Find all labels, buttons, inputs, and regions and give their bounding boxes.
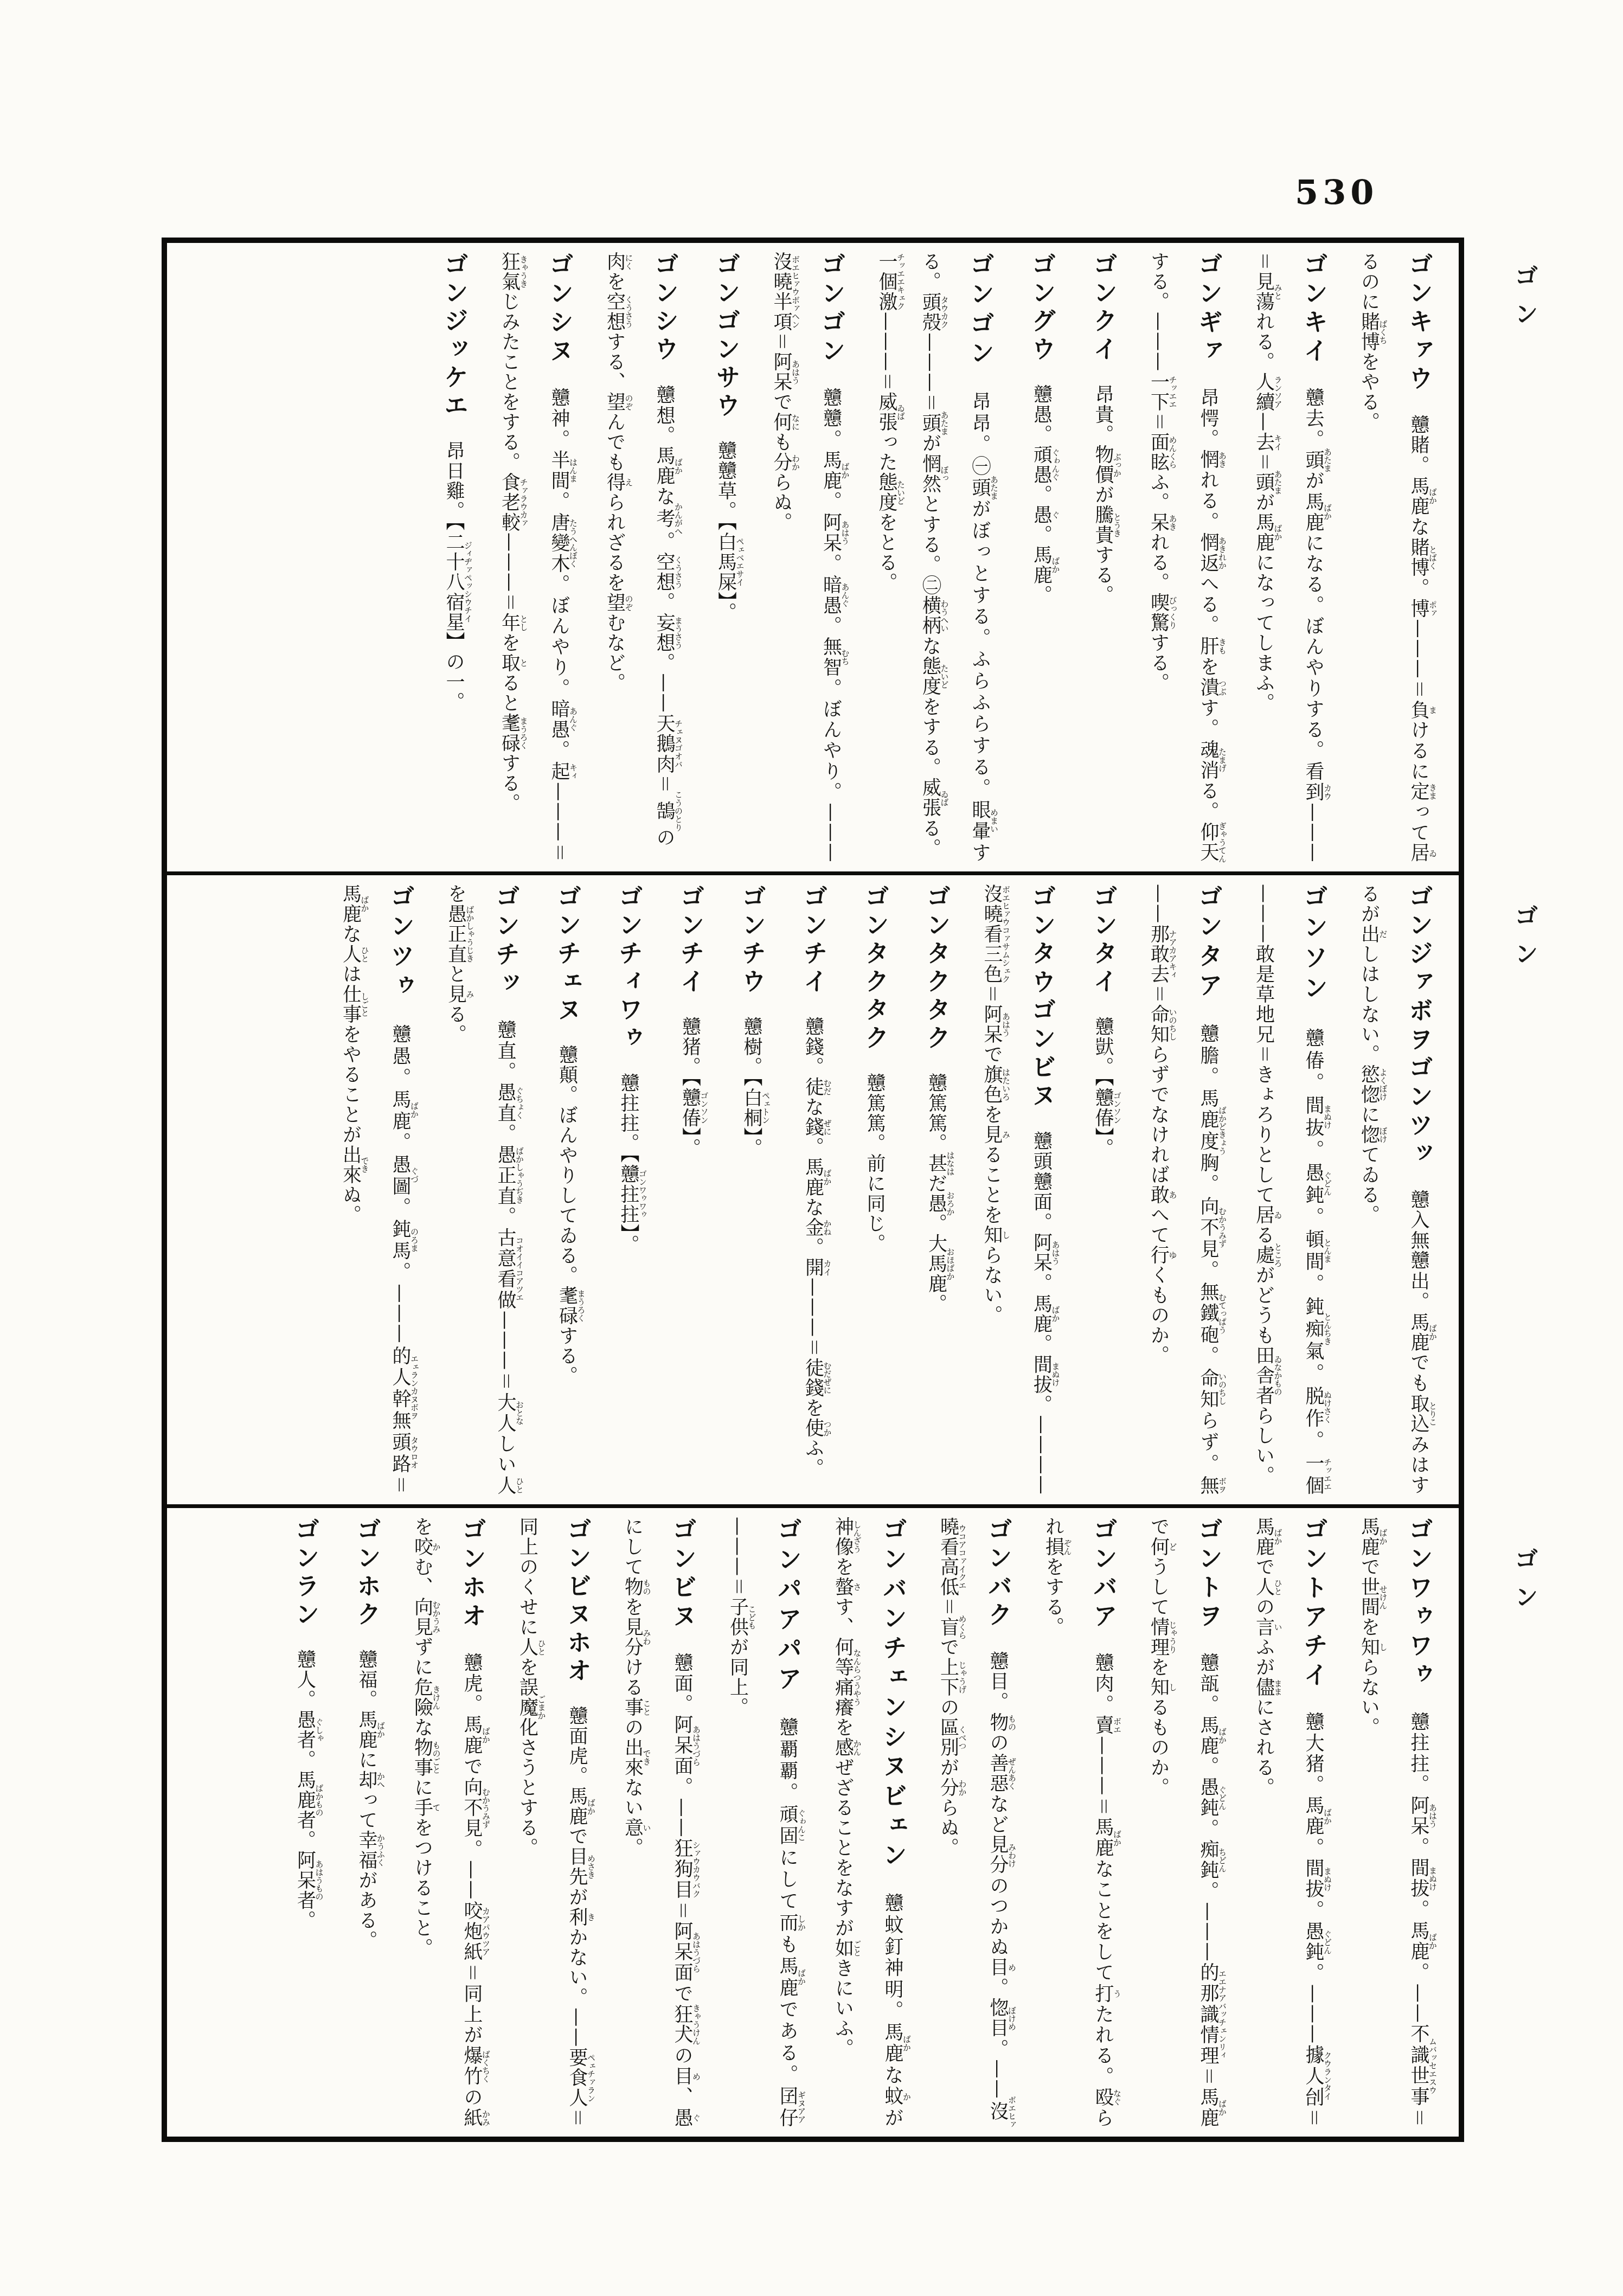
entry-headword: ゴンゴン (817, 252, 846, 367)
dictionary-entry: ゴンシウ 戇想。馬鹿ばかな考かんがへ。空想くうさう。妄想まうさう。——天鵝肉チェ… (593, 252, 692, 863)
entry-headword: ゴンゴン (966, 252, 995, 370)
margin-guide-word-band2: ゴン (1503, 903, 1541, 979)
dictionary-band-top: ゴンキァウ 戇賭。馬鹿ばかな賭博とばく。博ポァ———＝負まけるに定きまって居ゐる… (167, 243, 1459, 871)
entry-definition: 戇樹。【白桐ペェトン】。 (741, 1017, 762, 1158)
dictionary-entry: ゴンホク 戇福。馬鹿ばかに却かへって幸福かうふくがある。 (339, 1517, 395, 2128)
entry-headword: ゴンツゥ (386, 884, 415, 1003)
dictionary-entry: ゴンジッケエ 昂日雞。【二十八宿星ジィヂァペッシウチイ】の一。 (426, 252, 483, 863)
dictionary-entry: ゴンタクタク 戇篤篤。甚はなはだ愚おろか。大馬鹿おほばか。 (908, 884, 965, 1495)
dictionary-entry: ゴングウ 戇愚。頑愚ぐゎんぐ。愚ぐ。馬鹿ばか。 (1013, 252, 1070, 863)
entry-definition: 戇拄拄。【戇拄拄ゴンワゥワゥ】。 (618, 1073, 639, 1255)
entry-definition: 戇人。愚者ぐしゃ。馬鹿者ばかもの。阿呆者あはうもの。 (294, 1650, 316, 1931)
entry-headword: ゴンタイ (1089, 884, 1118, 997)
entry-headword: ゴンビヌ (668, 1517, 697, 1632)
entry-headword: ゴンラン (291, 1517, 320, 1630)
entry-headword: ゴンタクタク (922, 884, 951, 1053)
entry-headword: ゴンソン (1299, 884, 1328, 1006)
entry-definition: 戇猪。【戇偆ゴンソン】。 (679, 1017, 701, 1158)
dictionary-entry: ゴンギァ 昂愕。惘あきれる。惘返あきれかへる。肝きもを潰つぶす。魂消たまげる。仰… (1137, 252, 1236, 863)
entry-headword: ゴンチェヌ (553, 884, 582, 1025)
dictionary-entry: ゴンツゥ 戇愚。馬鹿ばか。愚圖ぐづ。鈍馬のろま。———的人幹無エェランカヌボヲ頭… (329, 884, 428, 1495)
dictionary-entry: ゴンチェヌ 戇顛。ぼんやりしてゐる。耄碌まうろくする。 (539, 884, 595, 1495)
entry-definition: 戇篤篤。前に同じ。 (864, 1073, 886, 1254)
entry-headword: ゴンホク (352, 1517, 381, 1630)
entry-headword: ゴンチイ (799, 884, 828, 997)
dictionary-entry: ゴンラン 戇人。愚者ぐしゃ。馬鹿者ばかもの。阿呆者あはうもの。 (277, 1517, 333, 2128)
entry-headword: ゴンバア (1089, 1517, 1118, 1632)
dictionary-entry: ゴンバア 戇肉。賣ボエ———＝馬鹿ばかなことをして打うたれる。殴なぐられ損ぞんを… (1031, 1517, 1131, 2128)
entry-definition: 戇顛。ぼんやりしてゐる。耄碌まうろくする。 (556, 1045, 578, 1386)
entry-headword: ゴンタア (1194, 884, 1223, 1003)
entry-headword: ゴンジァボヲゴンツッ (1404, 884, 1433, 1169)
page-number: 530 (1295, 172, 1378, 212)
entry-definition: 戇錢。徒むだな錢ぜに。馬鹿ばかな金かね。開カイ———＝徒錢むだぜにを使つかふ。 (803, 1017, 824, 1478)
dictionary-entry: ゴンチッ 戇直。愚直ぐちょく。愚正直ばかしゃうぢき。古意看做コオイイコアツエ——… (434, 884, 534, 1495)
dictionary-entry: ゴンクイ 昂貴。物價ぶっかが騰貴とうきする。 (1075, 252, 1132, 863)
entry-definition: 戇福。馬鹿ばかに却かへって幸福かうふくがある。 (356, 1650, 377, 1951)
entry-headword: ゴンパアパア (773, 1517, 802, 1696)
dictionary-page-frame: ゴンキァウ 戇賭。馬鹿ばかな賭博とばく。博ポァ———＝負まけるに定きまって居ゐる… (162, 238, 1464, 2142)
entry-headword: ゴンバク (984, 1517, 1012, 1631)
dictionary-entry: ゴンチイ 戇錢。徒むだな錢ぜに。馬鹿ばかな金かね。開カイ———＝徒錢むだぜにを使… (785, 884, 842, 1495)
dictionary-entry: ゴンキァウ 戇賭。馬鹿ばかな賭博とばく。博ポァ———＝負まけるに定きまって居ゐる… (1347, 252, 1447, 863)
dictionary-entry: ゴンシヌ 戇神。半間はんま。唐變木たうへんぼく。ぼんやり。暗愚あんぐ。起キィ——… (487, 252, 587, 863)
dictionary-entry: ゴンタウゴンビヌ 戇頭戇面。阿呆あはう。馬鹿ばか。間拔まぬけ。————沒曉看三色… (970, 884, 1070, 1495)
dictionary-entry: ゴンホオ 戇虎。馬鹿ばかで向不見むかうみず。——咬炮紙カアパウツア＝同上が爆竹ば… (400, 1517, 500, 2128)
entry-headword: ゴンジッケエ (440, 252, 469, 421)
margin-guide-word-band1: ゴン (1503, 264, 1541, 339)
dictionary-entry: ゴンゴン 戇戇。馬鹿ばか。阿呆あはう。暗愚あんぐ。無智むち。ぼんやり。———沒曉… (760, 252, 859, 863)
entry-headword: ゴンキァウ (1404, 252, 1433, 394)
dictionary-entry: ゴンジァボヲゴンツッ 戇入無戇出。馬鹿ばかでも取込とりこみはするが出だしはしない… (1347, 884, 1447, 1495)
entry-headword: ゴンワゥワゥ (1404, 1517, 1433, 1691)
entry-definition: 戇愚。頑愚ぐゎんぐ。愚ぐ。馬鹿ばか。 (1031, 384, 1053, 605)
dictionary-band-bottom: ゴンワゥワゥ 戇拄拄。阿呆あはう。間拔まぬけ。馬鹿ばか。——不識世事ムバッセエス… (167, 1504, 1459, 2137)
entry-headword: ゴンチウ (737, 884, 766, 997)
entry-headword: ゴンタクタク (861, 884, 889, 1053)
dictionary-entry: ゴンゴンサウ 戇戇草。【白馬屎ペェベエサイ】。 (698, 252, 754, 863)
dictionary-entry: ゴンタクタク 戇篤篤。前に同じ。 (847, 884, 903, 1495)
dictionary-entry: ゴンパアパア 戇覇覇。頑固ぐゎんこにして而しかも馬鹿ばかである。囝仔ギヌアア——… (716, 1517, 816, 2128)
dictionary-entry: ゴンキイ 戇去。頭あたまが馬鹿ばかになる。ぼんやりする。看到カウ———＝見蕩みと… (1242, 252, 1342, 863)
dictionary-band-middle: ゴンジァボヲゴンツッ 戇入無戇出。馬鹿ばかでも取込とりこみはするが出だしはしない… (167, 871, 1459, 1504)
entry-headword: ゴンシヌ (545, 252, 574, 367)
dictionary-entry: ゴンゴン 昂昂。㊀頭あたまがぼっとする。ふらふらする。眼暈めまいする。頭殻タウカ… (865, 252, 1009, 863)
dictionary-entry: ゴンビヌホオ 戇面虎。馬鹿ばかで目先めさきが利きかない。——要食人ペェチァラン＝… (505, 1517, 605, 2128)
entry-headword: ゴングウ (1028, 252, 1056, 364)
entry-definition: 戇戇草。【白馬屎ペェベエサイ】。 (715, 441, 737, 623)
entry-headword: ゴンゴンサウ (712, 252, 741, 421)
entry-headword: ゴンチィワゥ (614, 884, 643, 1053)
entry-headword: ゴンシウ (650, 252, 679, 365)
entry-headword: ゴントアチイ (1299, 1517, 1328, 1691)
dictionary-entry: ゴンチイ 戇猪。【戇偆ゴンソン】。 (662, 884, 719, 1495)
dictionary-entry: ゴントヲ 戇瓿。馬鹿ばか。愚鈍ぐどん。痴鈍ちどん。———的那識情理エエナアバッチ… (1137, 1517, 1236, 2128)
dictionary-entry: ゴントアチイ 戇大猪。馬鹿ばか。間拔まぬけ。愚鈍ぐどん。———據人刣クウランタイ… (1242, 1517, 1342, 2128)
entry-headword: ゴンビヌホオ (563, 1517, 592, 1686)
entry-headword: ゴンクイ (1089, 252, 1118, 364)
entry-headword: ゴンキイ (1299, 252, 1328, 367)
entry-headword: ゴンチッ (491, 884, 520, 999)
entry-definition: 戇篤篤。甚はなはだ愚おろか。大馬鹿おほばか。 (926, 1073, 947, 1314)
dictionary-entry: ゴンチウ 戇樹。【白桐ペェトン】。 (724, 884, 780, 1495)
dictionary-entry: ゴンワゥワゥ 戇拄拄。阿呆あはう。間拔まぬけ。馬鹿ばか。——不識世事ムバッセエス… (1347, 1517, 1447, 2128)
dictionary-entry: ゴンチィワゥ 戇拄拄。【戇拄拄ゴンワゥワゥ】。 (601, 884, 657, 1495)
margin-guide-word-band3: ゴン (1503, 1547, 1541, 1622)
dictionary-entry: ゴンタア 戇膽。馬鹿度胸ばかどきょう。向不見むかうみず。無鐵砲むてっぱう。命知い… (1137, 884, 1236, 1495)
dictionary-entry: ゴンタイ 戇獃。【戇偆ゴンソン】。 (1075, 884, 1132, 1495)
entry-headword: ゴンホオ (458, 1517, 486, 1632)
entry-headword: ゴントヲ (1194, 1517, 1223, 1632)
entry-headword: ゴンバンチェンシヌビェン (878, 1517, 907, 1872)
entry-headword: ゴンギァ (1194, 252, 1223, 367)
dictionary-entry: ゴンビヌ 戇面。阿呆面あはうづら。——狂狗目シァウカウバク＝阿呆面あはうづらで狂… (611, 1517, 710, 2128)
entry-headword: ゴンタウゴンビヌ (1028, 884, 1056, 1111)
entry-headword: ゴンチイ (676, 884, 705, 997)
dictionary-entry: ゴンバンチェンシヌビェン 戇蚊釘神明。馬鹿ばかな蚊かが神像しんざうを螫さす、何等… (821, 1517, 921, 2128)
dictionary-entry: ゴンバク 戇目。物ものの善惡ぜんあくなど見分みわけのつかぬ目め。惚目ぼけめ。——… (926, 1517, 1026, 2128)
entry-definition: 昂貴。物價ぶっかが騰貴とうきする。 (1092, 384, 1114, 605)
entry-definition: 昂日雞。【二十八宿星ジィヂァペッシウチイ】の一。 (443, 441, 465, 713)
dictionary-entry: ゴンソン 戇偆。間抜まぬけ。愚鈍ぐどん。頓間とんま。鈍痴氣とんちき。脱作ぬけさく… (1242, 884, 1342, 1495)
entry-definition: 戇獃。【戇偆ゴンソン】。 (1092, 1017, 1114, 1158)
